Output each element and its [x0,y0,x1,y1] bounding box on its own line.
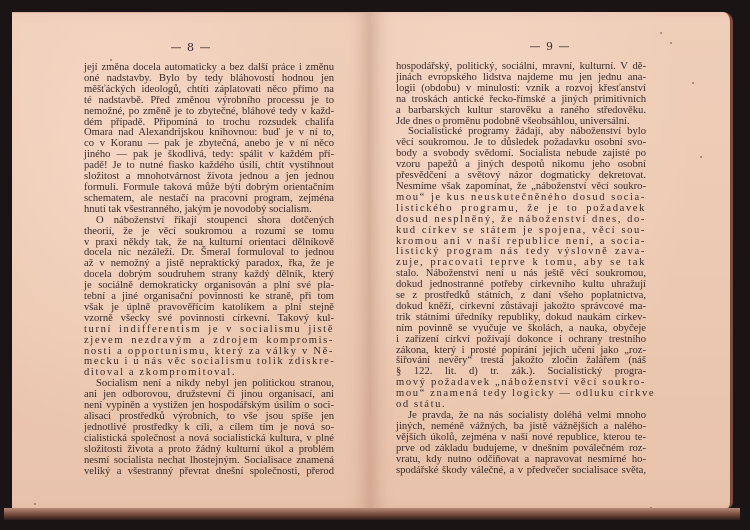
paper-speck [660,32,662,34]
text-line: i zařízení církví požívají dokonce i och… [396,335,646,346]
text-line: spodářské škody válečné, a v předvečer s… [396,466,646,477]
text-line: dosud nesplněný, že náboženství dnes, do… [396,215,646,226]
right-page: — 9 — hospodářský, politický, sociální, … [370,12,733,508]
right-page-text: hospodářský, politický, sociální, mravní… [396,62,646,476]
text-line: theorií, že je věcí soukromou a rozumí s… [84,227,334,238]
text-line: zjevem nezdravým a zdrojem kompromis- [84,336,334,347]
paper-speck [700,156,702,158]
text-line: prve od základu budujeme, v dnešním pová… [396,444,646,455]
text-line: veliký a všestranný převrat dnešní spole… [84,467,334,478]
paper-speck [110,59,112,61]
left-page-text: její změna docela automaticky a bez dalš… [84,63,334,477]
paper-speck [692,82,694,84]
text-line: a barbarských kultur starověku a raného … [396,106,646,117]
text-line: nemožné, po změně je to zbytečné, bláhov… [84,107,334,118]
text-line: nesmí socialista nechat lhostejným. Soci… [84,456,334,467]
open-book: — 8 — její změna docela automaticky a be… [4,12,740,520]
paper-speck [34,503,36,505]
page-number-left: — 8 — [12,41,370,54]
left-page: — 8 — její změna docela automaticky a be… [12,12,370,509]
text-line: složitosti života a proto žádný kulturní… [84,445,334,456]
paper-speck [670,42,672,44]
page-number-right: — 9 — [370,40,730,53]
book-bottom-edge [4,508,740,520]
text-line: té nadstavbě. Před změnou výrobního proc… [84,96,334,107]
text-line: O náboženství říkají stoupenci shora dot… [84,216,334,227]
text-line: na troskách antické řecko-římské a jinýc… [396,95,646,106]
text-line: kud církev se státem je spojena, věcí so… [396,226,646,237]
text-line: vratu, kdy nutno odčiňovat a napravovat … [396,455,646,466]
